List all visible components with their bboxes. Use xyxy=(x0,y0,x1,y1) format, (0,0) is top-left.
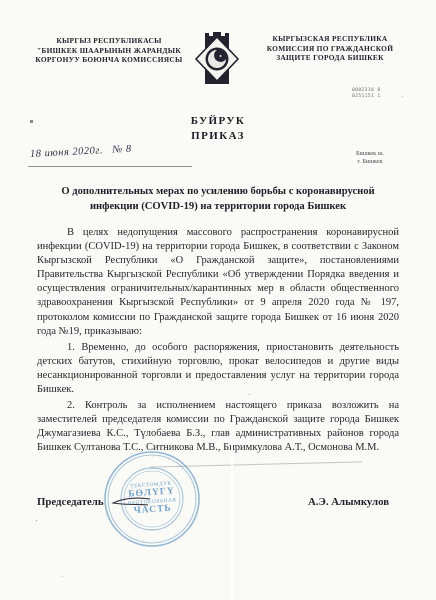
scanned-order-document: КЫРГЫЗ РЕСПУБЛИКАСЫ "БИШКЕК ШААРЫНЫН ЖАР… xyxy=(0,0,436,600)
barcode-serial-numbers: 0002318 8 0251151 1 xyxy=(352,88,381,100)
header-kyrgyz-block: КЫРГЫЗ РЕСПУБЛИКАСЫ "БИШКЕК ШААРЫНЫН ЖАР… xyxy=(30,36,188,65)
emblem-caption: БИШКЕК xyxy=(206,84,229,89)
document-title: О дополнительных мерах по усилению борьб… xyxy=(40,185,396,214)
header-kyrgyz-line: "БИШКЕК ШААРЫНЫН ЖАРАНДЫК xyxy=(30,46,188,56)
handwritten-date-number: 18 июня 2020г. № 8 xyxy=(30,140,200,160)
signature-pen-mark xyxy=(110,495,152,509)
header-russian-block: КЫРГЫЗСКАЯ РЕСПУБЛИКА КОМИССИЯ ПО ГРАЖДА… xyxy=(250,34,410,63)
order-heading-kyrgyz: БУЙРУК xyxy=(0,114,436,129)
signature-role: Председатель xyxy=(37,496,104,508)
header-russian-line: КОМИССИЯ ПО ГРАЖДАНСКОЙ xyxy=(250,44,410,54)
scan-fold-line xyxy=(231,436,233,600)
header-kyrgyz-line: КОРГОНУУ БОЮНЧА КОМИССИЯСЫ xyxy=(30,55,188,65)
body-paragraph-item-2: 2. Контроль за исполнением настоящего пр… xyxy=(37,399,399,455)
body-paragraph-item-1: 1. Временно, до особого распоряжения, пр… xyxy=(37,341,399,397)
order-heading-russian: ПРИКАЗ xyxy=(0,129,436,144)
signature-name: А.Э. Алымкулов xyxy=(308,496,389,508)
place-line-russian: г. Бишкек xyxy=(338,158,402,166)
order-heading: БУЙРУК ПРИКАЗ xyxy=(0,114,436,143)
header-russian-line: КЫРГЫЗСКАЯ РЕСПУБЛИКА xyxy=(250,34,410,44)
header-kyrgyz-line: КЫРГЫЗ РЕСПУБЛИКАСЫ xyxy=(30,36,188,46)
scan-noise-specks xyxy=(0,0,1,1)
document-body: В целях недопущения массового распростра… xyxy=(37,226,399,456)
header-russian-line: ЗАЩИТЕ ГОРОДА БИШКЕК xyxy=(250,53,410,63)
place-of-issue: Бишкек ш. г. Бишкек xyxy=(338,150,402,166)
bishkek-emblem-icon: БИШКЕК xyxy=(194,28,240,90)
date-underline xyxy=(28,166,192,167)
place-line-kyrgyz: Бишкек ш. xyxy=(338,150,402,158)
body-paragraph-intro: В целях недопущения массового распростра… xyxy=(37,226,399,339)
serial-number-line: 0251151 1 xyxy=(352,94,381,100)
